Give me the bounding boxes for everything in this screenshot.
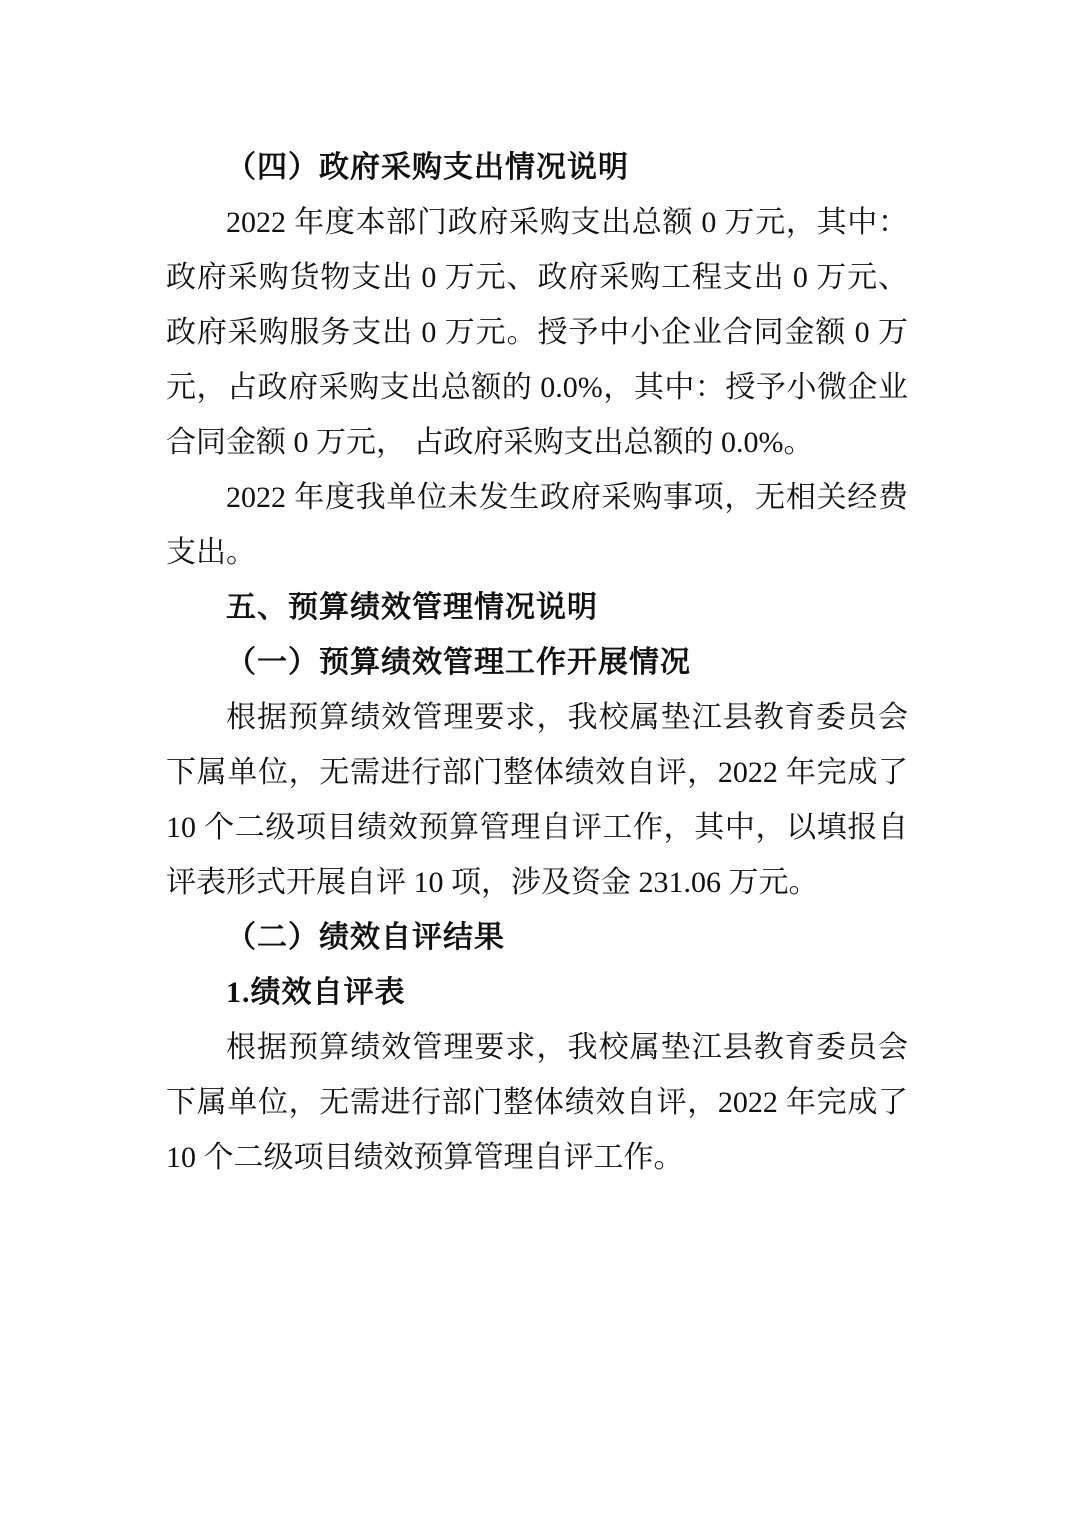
paragraph-performance-work-detail: 根据预算绩效管理要求，我校属垫江县教育委员会下属单位，无需进行部门整体绩效自评，… [166, 690, 908, 910]
paragraph-no-procurement-events: 2022 年度我单位未发生政府采购事项，无相关经费支出。 [166, 470, 908, 580]
section-heading-self-evaluation-results: （二）绩效自评结果 [166, 910, 908, 965]
subsection-heading-self-evaluation-table: 1.绩效自评表 [166, 965, 908, 1020]
document-page: （四）政府采购支出情况说明 2022 年度本部门政府采购支出总额 0 万元，其中… [0, 0, 1074, 1520]
paragraph-procurement-amounts: 2022 年度本部门政府采购支出总额 0 万元，其中：政府采购货物支出 0 万元… [166, 195, 908, 470]
paragraph-self-evaluation-summary: 根据预算绩效管理要求，我校属垫江县教育委员会下属单位，无需进行部门整体绩效自评，… [166, 1020, 908, 1185]
section-heading-government-procurement: （四）政府采购支出情况说明 [166, 140, 908, 195]
section-heading-performance-work: （一）预算绩效管理工作开展情况 [166, 635, 908, 690]
chapter-heading-budget-performance: 五、预算绩效管理情况说明 [166, 580, 908, 635]
